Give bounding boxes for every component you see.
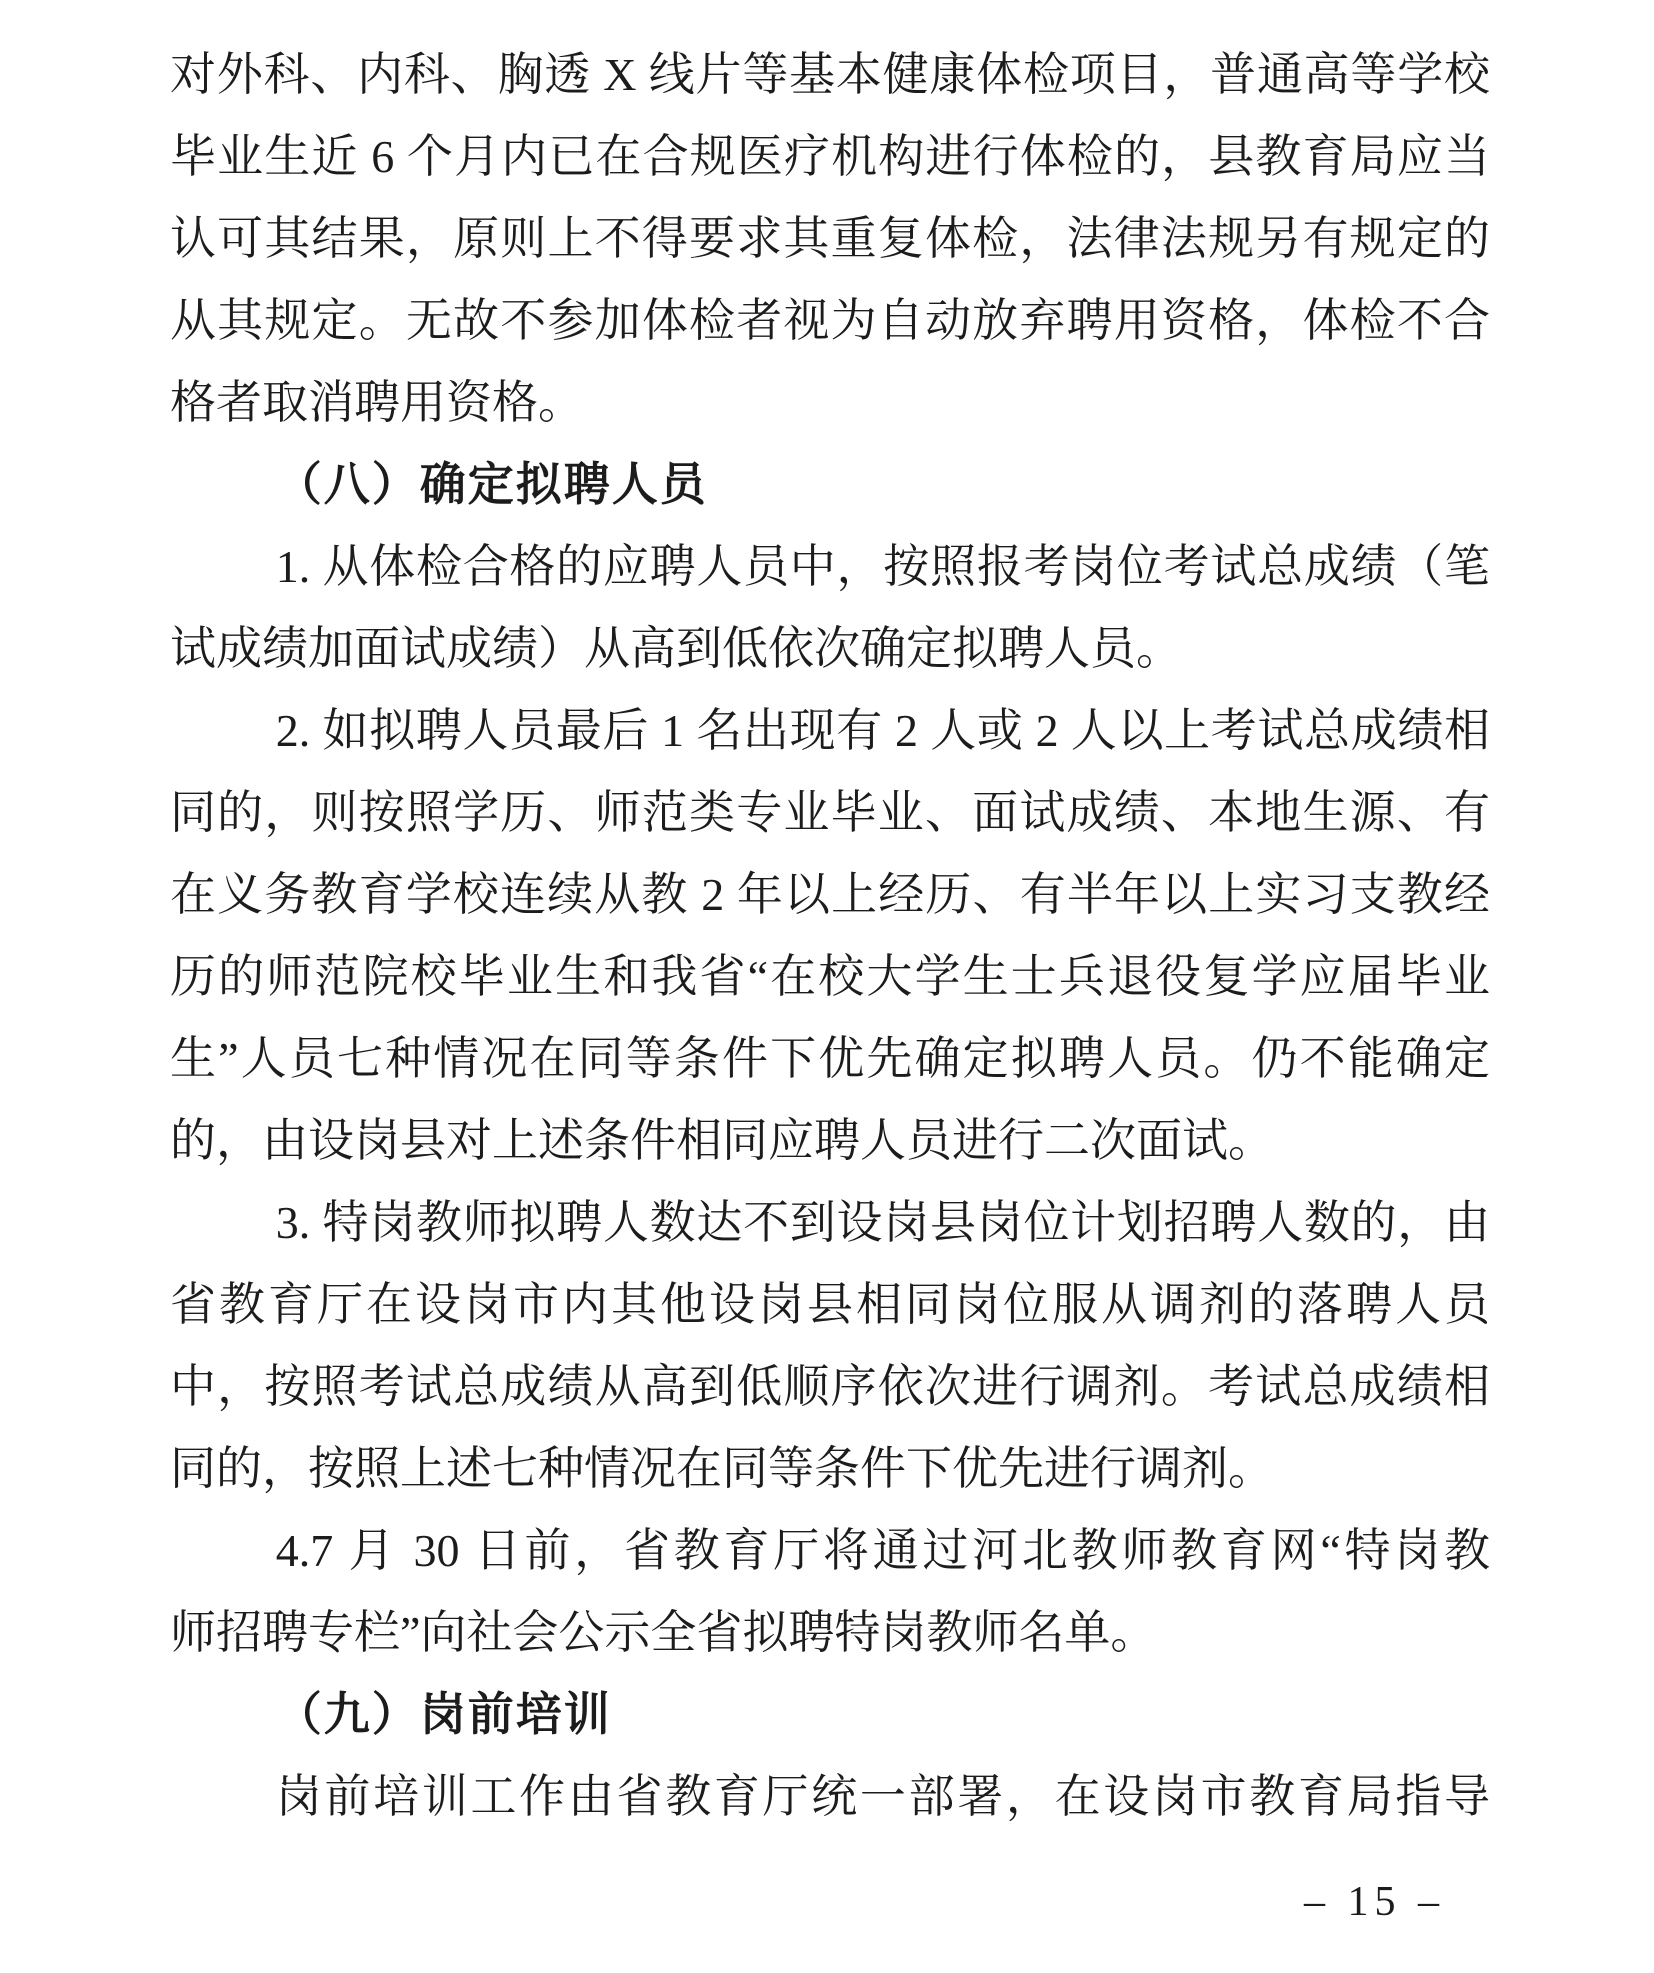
text-line: 的，由设岗县对上述条件相同应聘人员进行二次面试。 [170,1100,1490,1182]
text-line: 认可其结果，原则上不得要求其重复体检，法律法规另有规定的 [170,198,1490,280]
text-line: 同的，则按照学历、师范类专业毕业、面试成绩、本地生源、有 [170,772,1490,854]
document-page: 对外科、内科、胸透 X 线片等基本健康体检项目，普通高等学校 毕业生近 6 个月… [0,0,1654,1973]
document-body: 对外科、内科、胸透 X 线片等基本健康体检项目，普通高等学校 毕业生近 6 个月… [170,34,1490,1838]
text-line: 省教育厅在设岗市内其他设岗县相同岗位服从调剂的落聘人员 [170,1264,1490,1346]
text-line: 师招聘专栏”向社会公示全省拟聘特岗教师名单。 [170,1592,1490,1674]
text-line: 生”人员七种情况在同等条件下优先确定拟聘人员。仍不能确定 [170,1018,1490,1100]
text-line: 试成绩加面试成绩）从高到低依次确定拟聘人员。 [170,608,1490,690]
text-line: 在义务教育学校连续从教 2 年以上经历、有半年以上实习支教经 [170,854,1490,936]
text-line: 中，按照考试总成绩从高到低顺序依次进行调剂。考试总成绩相 [170,1346,1490,1428]
text-line: 同的，按照上述七种情况在同等条件下优先进行调剂。 [170,1428,1490,1510]
text-line: 格者取消聘用资格。 [170,362,1490,444]
text-line: 1. 从体检合格的应聘人员中，按照报考岗位考试总成绩（笔 [170,526,1490,608]
section-heading: （八）确定拟聘人员 [170,444,1490,526]
text-line: 4.7 月 30 日前，省教育厅将通过河北教师教育网“特岗教 [170,1510,1490,1592]
text-line: 岗前培训工作由省教育厅统一部署，在设岗市教育局指导下， [170,1756,1490,1838]
text-line: 毕业生近 6 个月内已在合规医疗机构进行体检的，县教育局应当 [170,116,1490,198]
text-line: 2. 如拟聘人员最后 1 名出现有 2 人或 2 人以上考试总成绩相 [170,690,1490,772]
text-line: 对外科、内科、胸透 X 线片等基本健康体检项目，普通高等学校 [170,34,1490,116]
text-line: 从其规定。无故不参加体检者视为自动放弃聘用资格，体检不合 [170,280,1490,362]
text-line: 3. 特岗教师拟聘人数达不到设岗县岗位计划招聘人数的，由 [170,1182,1490,1264]
text-line: 历的师范院校毕业生和我省“在校大学生士兵退役复学应届毕业 [170,936,1490,1018]
page-number: – 15 – [1304,1872,1445,1932]
section-heading: （九）岗前培训 [170,1674,1490,1756]
